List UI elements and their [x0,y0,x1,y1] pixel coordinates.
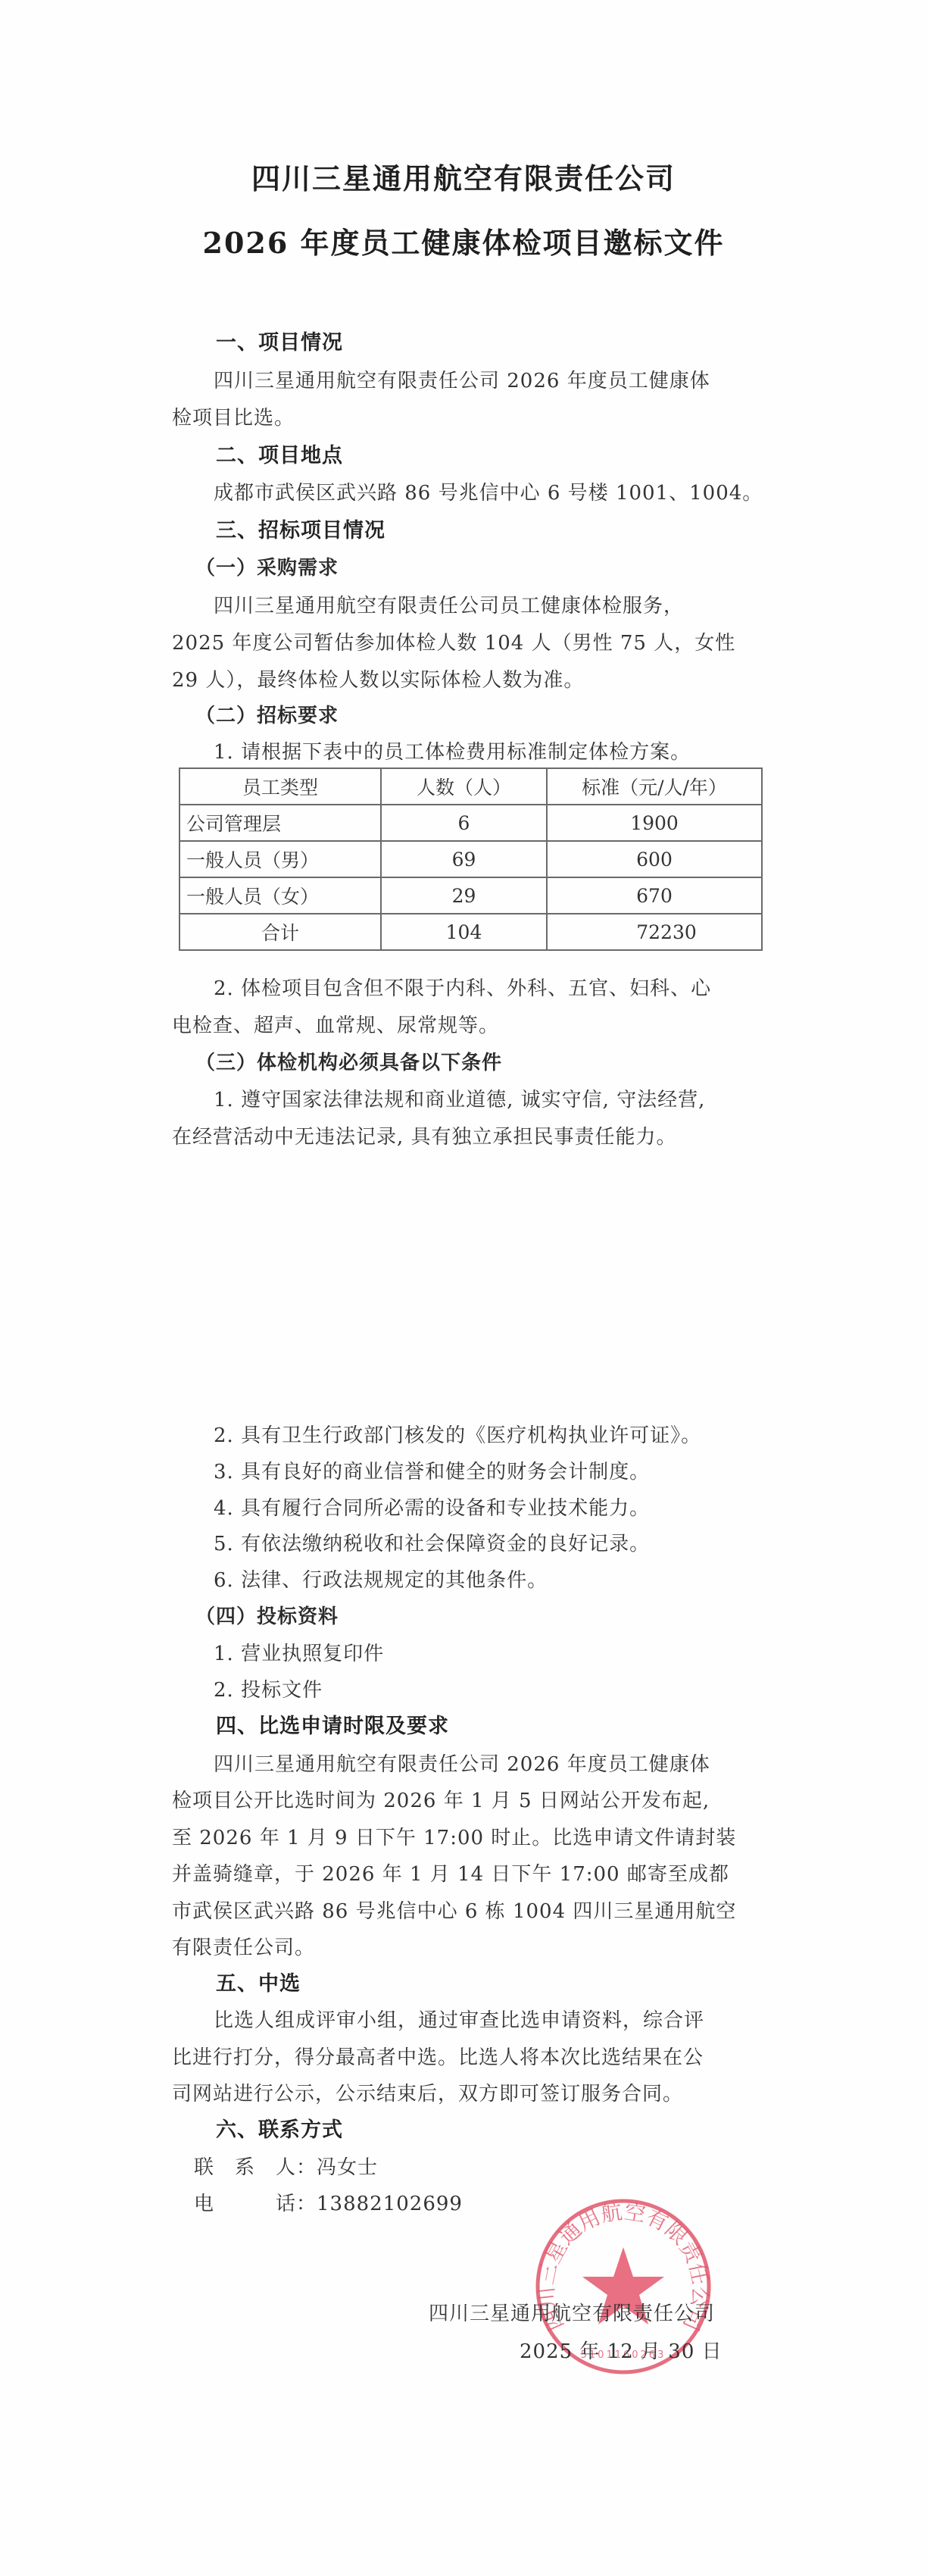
paragraph-line: 比进行打分，得分最高者中选。比选人将本次比选结果在公 [172,2045,704,2071]
subsection-heading-bid-materials: （四）投标资料 [195,1604,339,1630]
list-item: 4. 具有履行合同所必需的设备和专业技术能力。 [214,1496,650,1521]
paragraph-line: 有限责任公司。 [172,1935,315,1961]
table-header-cell: 标准（元/人/年） [547,768,762,805]
table-cell: 公司管理层 [179,805,381,841]
fee-standard-table: 员工类型 人数（人） 标准（元/人/年） 公司管理层 6 1900 一般人员（男… [179,767,763,951]
table-cell: 1900 [547,805,762,841]
section-heading-application-deadline: 四、比选申请时限及要求 [216,1714,449,1740]
contact-person-label: 联 系 人： [194,2156,317,2179]
table-cell: 一般人员（男） [179,841,381,877]
paragraph-line: 检项目比选。 [172,405,295,431]
list-item: 3. 具有良好的商业信誉和健全的财务会计制度。 [214,1459,650,1485]
table-cell: 600 [547,841,762,877]
section-heading-project-location: 二、项目地点 [216,443,343,469]
address-line: 成都市武侯区武兴路 86 号兆信中心 6 号楼 1001、1004。 [214,480,763,506]
paragraph-line: 检项目公开比选时间为 2026 年 1 月 5 日网站公开发布起, [172,1788,710,1814]
section-heading-contact: 六、联系方式 [216,2118,343,2143]
table-row: 公司管理层 6 1900 [179,805,762,841]
table-row: 一般人员（女） 29 670 [179,877,762,914]
paragraph-line: 2025 年度公司暂估参加体检人数 104 人（男性 75 人，女性 [172,630,735,656]
paragraph-line: 29 人），最终体检人数以实际体检人数为准。 [172,667,584,693]
document-page: 四川三星通用航空有限责任公司 2026 年度员工健康体检项目邀标文件 一、项目情… [0,0,927,2576]
table-header-row: 员工类型 人数（人） 标准（元/人/年） [179,768,762,805]
paragraph-line: 市武侯区武兴路 86 号兆信中心 6 栋 1004 四川三星通用航空 [172,1899,736,1924]
list-item: 2. 具有卫生行政部门核发的《医疗机构执业许可证》。 [214,1423,701,1449]
table-header-cell: 员工类型 [179,768,381,805]
contact-person-row: 联 系 人：冯女士 [194,2155,378,2181]
list-item-continuation: 电检查、超声、血常规、尿常规等。 [172,1013,499,1039]
table-cell: 670 [547,877,762,914]
paragraph-line: 至 2026 年 1 月 9 日下午 17:00 时止。比选申请文件请封装 [172,1825,736,1851]
subsection-heading-procurement-needs: （一）采购需求 [195,555,339,581]
paragraph-line: 四川三星通用航空有限责任公司 2026 年度员工健康体 [214,368,710,394]
table-cell: 72230 [547,914,762,950]
contact-person-value: 冯女士 [317,2156,378,2179]
list-item: 1. 遵守国家法律法规和商业道德, 诚实守信, 守法经营, [214,1087,705,1113]
list-item-continuation: 在经营活动中无违法记录, 具有独立承担民事责任能力。 [172,1124,677,1150]
table-header-cell: 人数（人） [381,768,547,805]
table-total-row: 合计 104 72230 [179,914,762,950]
table-cell: 合计 [179,914,381,950]
paragraph-line: 司网站进行公示，公示结束后，双方即可签订服务合同。 [172,2081,683,2107]
contact-phone-row: 电 话：13882102699 [194,2191,463,2217]
list-item: 1. 营业执照复印件 [214,1641,384,1667]
contact-phone-label: 电 话： [194,2193,317,2215]
subsection-heading-tender-requirements: （二）招标要求 [195,703,339,729]
section-heading-selection: 五、中选 [216,1971,301,1997]
subsection-heading-institution-conditions: （三）体检机构必须具备以下条件 [195,1050,502,1076]
list-item: 2. 体检项目包含但不限于内科、外科、五官、妇科、心 [214,976,711,1002]
table-row: 一般人员（男） 69 600 [179,841,762,877]
table-cell: 104 [381,914,547,950]
paragraph-line: 比选人组成评审小组，通过审查比选申请资料，综合评 [214,2008,704,2034]
table-cell: 一般人员（女） [179,877,381,914]
paragraph-line: 四川三星通用航空有限责任公司员工健康体检服务， [214,593,684,619]
section-heading-project-overview: 一、项目情况 [216,330,343,356]
table-cell: 6 [381,805,547,841]
signature-company: 四川三星通用航空有限责任公司 [429,2298,715,2326]
list-item: 2. 投标文件 [214,1677,323,1703]
paragraph-line: 并盖骑缝章，于 2026 年 1 月 14 日下午 17:00 邮寄至成都 [172,1862,729,1887]
list-item: 1. 请根据下表中的员工体检费用标准制定体检方案。 [214,739,691,765]
doc-title-company: 四川三星通用航空有限责任公司 [0,155,927,197]
table-cell: 69 [381,841,547,877]
paragraph-line: 四川三星通用航空有限责任公司 2026 年度员工健康体 [214,1752,710,1777]
section-heading-tender-info: 三、招标项目情况 [216,518,385,544]
list-item: 6. 法律、行政法规规定的其他条件。 [214,1568,548,1593]
table-cell: 29 [381,877,547,914]
contact-phone-value: 13882102699 [317,2193,463,2215]
doc-title-subject: 2026 年度员工健康体检项目邀标文件 [0,220,927,261]
signature-date: 2025 年 12 月 30 日 [520,2336,723,2364]
list-item: 5. 有依法缴纳税收和社会保障资金的良好记录。 [214,1531,650,1557]
